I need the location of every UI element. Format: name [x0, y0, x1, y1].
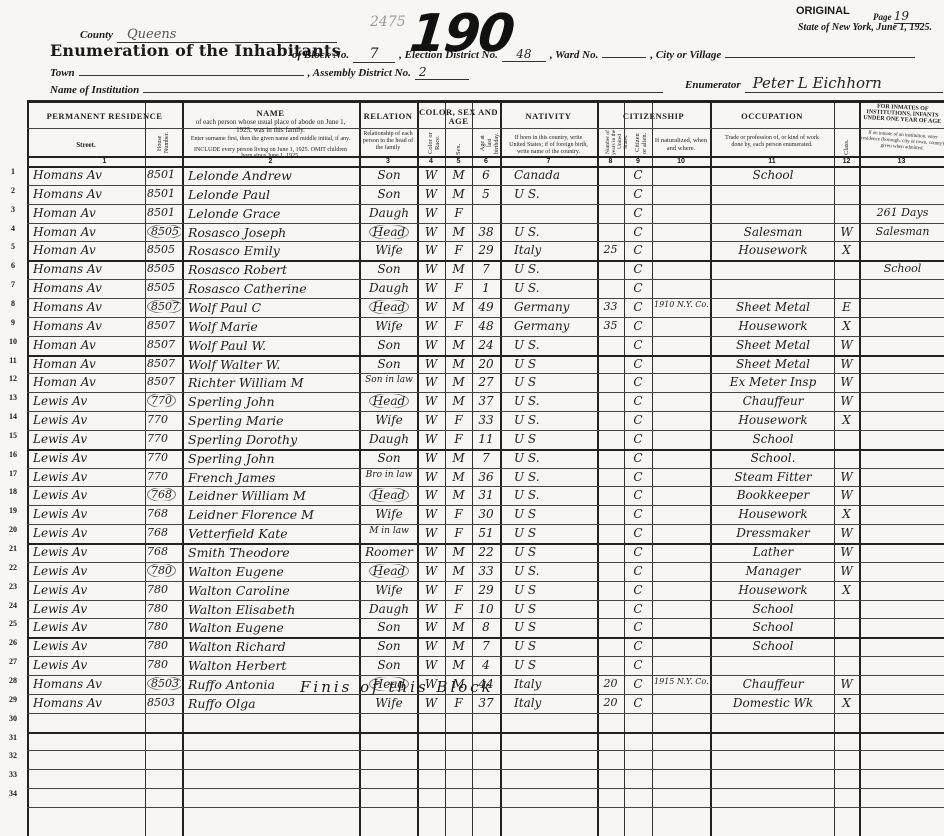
cell-nativity: U S: [514, 620, 595, 634]
cell-nativity: U S: [514, 526, 595, 540]
cell-occupation: School: [714, 168, 832, 182]
cell-sex: M: [445, 639, 472, 653]
cell-sex: F: [445, 526, 472, 540]
house-number-value: 8503: [147, 677, 181, 690]
cell-relation: Son: [363, 451, 415, 465]
cell-color: W: [417, 394, 445, 408]
cell-age: 27: [472, 375, 500, 389]
cell-relation: Daugh: [363, 602, 415, 616]
cell-class: W: [834, 338, 859, 352]
cell-house-number: 780: [147, 602, 181, 615]
relation-value: Wife: [375, 696, 403, 710]
cell-name: Rosasco Robert: [188, 262, 357, 277]
cell-relation: Wife: [363, 319, 415, 333]
row-number: 29: [4, 695, 22, 704]
cell-color: W: [417, 639, 445, 653]
column-number-4: 4: [417, 158, 445, 165]
cell-age: 33: [472, 564, 500, 578]
cell-sex: M: [445, 620, 472, 634]
cell-occupation: Sheet Metal: [714, 338, 832, 352]
cell-relation: Son: [363, 620, 415, 634]
cell-house-number: 8503: [147, 677, 181, 690]
cell-color: W: [417, 262, 445, 276]
cell-relation: Roomer: [363, 545, 415, 559]
cell-age: 24: [472, 338, 500, 352]
row-divider: [27, 298, 944, 299]
cell-citizen-alien: C: [624, 281, 652, 295]
cell-class: W: [834, 677, 859, 691]
header-naturalized: If naturalized, when and where.: [652, 137, 710, 153]
cell-class: X: [834, 319, 859, 333]
cell-relation: Son in law: [363, 375, 415, 385]
row-number: 8: [4, 299, 22, 308]
cell-sex: M: [445, 658, 472, 672]
cell-sex: F: [445, 696, 472, 710]
cell-color: W: [417, 300, 445, 314]
cell-age: 33: [472, 413, 500, 427]
cell-sex: M: [445, 357, 472, 371]
cell-nativity: U S.: [514, 338, 595, 352]
cell-occupation: School: [714, 639, 832, 653]
cell-name: Rosasco Emily: [188, 243, 357, 258]
cell-street: Homan Av: [33, 375, 143, 389]
cell-citizen-alien: C: [624, 432, 652, 446]
cell-occupation: Housework: [714, 413, 832, 427]
cell-inmate-residence: Salesman: [863, 225, 942, 238]
house-number-value: 8507: [147, 319, 175, 332]
header-occupation: OCCUPATION: [710, 112, 834, 120]
relation-value: Son: [377, 658, 400, 672]
cell-color: W: [417, 696, 445, 710]
cell-relation: Head: [363, 300, 415, 314]
column-divider: [359, 103, 361, 836]
relation-value: Son: [377, 620, 400, 634]
cell-relation: Head: [363, 488, 415, 502]
cell-sex: M: [445, 375, 472, 389]
row-number: 25: [4, 619, 22, 628]
cell-nativity: U S.: [514, 225, 595, 239]
header-inmates-desc: If an inmate of an institution, enter re…: [860, 130, 944, 154]
relation-value: Daugh: [369, 206, 409, 220]
cell-age: 30: [472, 507, 500, 521]
cell-name: Sperling John: [188, 451, 357, 466]
column-divider: [652, 103, 653, 836]
house-number-value: 770: [147, 470, 168, 483]
cell-age: 51: [472, 526, 500, 540]
town-label: Town: [50, 67, 75, 79]
cell-citizen-alien: C: [624, 602, 652, 616]
row-number: 5: [4, 242, 22, 251]
cell-years-in-us: 20: [597, 677, 624, 690]
cell-street: Homans Av: [33, 281, 143, 295]
cell-sex: F: [445, 432, 472, 446]
column-number-6: 6: [472, 158, 500, 165]
cell-relation: Son: [363, 658, 415, 672]
header-nativity-desc: If born in this country, write United St…: [506, 135, 591, 156]
house-number-value: 768: [147, 545, 168, 558]
header-permanent-residence: PERMANENT RESIDENCE: [27, 112, 182, 120]
cell-citizen-alien: C: [624, 413, 652, 427]
row-divider: [27, 486, 944, 487]
cell-house-number: 768: [147, 488, 181, 501]
cell-street: Lewis Av: [33, 620, 143, 634]
cell-nativity: U S.: [514, 187, 595, 201]
cell-color: W: [417, 488, 445, 502]
row-number: 16: [4, 450, 22, 459]
row-number: 31: [4, 733, 22, 742]
cell-citizen-alien: C: [624, 394, 652, 408]
cell-citizen-alien: C: [624, 507, 652, 521]
column-number-12: 12: [834, 158, 859, 165]
cell-house-number: 768: [147, 507, 181, 520]
row-number: 18: [4, 487, 22, 496]
row-divider: [27, 713, 944, 714]
header-house-number: House Number.: [157, 131, 171, 155]
cell-years-in-us: 20: [597, 696, 624, 709]
house-number-value: 8505: [147, 225, 181, 238]
town-assembly-row: Town , Assembly District No. 2: [50, 63, 469, 81]
cell-color: W: [417, 375, 445, 389]
cell-citizen-alien: C: [624, 696, 652, 710]
page-label: Page: [873, 12, 892, 22]
header-nativity: NATIVITY: [500, 112, 597, 120]
cell-sex: M: [445, 262, 472, 276]
assembly-district-label: , Assembly District No.: [308, 67, 411, 79]
cell-age: 29: [472, 583, 500, 597]
cell-house-number: 780: [147, 583, 181, 596]
cell-age: 37: [472, 394, 500, 408]
cell-nativity: U S.: [514, 470, 595, 484]
cell-class: X: [834, 507, 859, 521]
cell-nativity: U S: [514, 658, 595, 672]
block-label: of Block No.: [292, 49, 349, 61]
cell-relation: Wife: [363, 583, 415, 597]
cell-class: E: [834, 300, 859, 314]
cell-house-number: 768: [147, 545, 181, 558]
cell-color: W: [417, 357, 445, 371]
cell-occupation: Sheet Metal: [714, 357, 832, 371]
cell-sex: M: [445, 451, 472, 465]
ward-value: [602, 57, 646, 58]
cell-citizen-alien: C: [624, 338, 652, 352]
cell-citizen-alien: C: [624, 319, 652, 333]
row-number: 6: [4, 261, 22, 270]
cell-name: Lelonde Grace: [188, 206, 357, 221]
cell-occupation: Dressmaker: [714, 526, 832, 540]
cell-sex: M: [445, 488, 472, 502]
house-number-value: 780: [147, 639, 168, 652]
cell-class: X: [834, 243, 859, 257]
cell-street: Homans Av: [33, 300, 143, 314]
cell-nativity: U S.: [514, 281, 595, 295]
row-divider: [27, 732, 944, 734]
cell-nativity: U S.: [514, 262, 595, 276]
cell-name: Sperling Marie: [188, 413, 357, 428]
cell-occupation: Housework: [714, 319, 832, 333]
relation-value: Son: [377, 187, 400, 201]
row-number: 11: [4, 356, 22, 365]
cell-color: W: [417, 413, 445, 427]
cell-age: 1: [472, 281, 500, 295]
row-divider: [27, 788, 944, 789]
census-page: 2475 190 County Queens Enumeration of th…: [0, 0, 944, 836]
cell-name: Vetterfield Kate: [188, 526, 357, 541]
header-class: Class.: [843, 141, 850, 155]
cell-house-number: 780: [147, 639, 181, 652]
cell-years-in-us: 25: [597, 243, 624, 256]
cell-nativity: U S: [514, 639, 595, 653]
cell-house-number: 8501: [147, 206, 181, 219]
cell-inmate-residence: School: [863, 262, 942, 275]
enumerator-value: Peter L Eichhorn: [745, 74, 943, 93]
row-number: 28: [4, 676, 22, 685]
row-number: 21: [4, 544, 22, 553]
column-number-8: 8: [597, 158, 624, 165]
cell-street: Homans Av: [33, 319, 143, 333]
row-divider: [27, 373, 944, 374]
row-divider: [27, 769, 944, 770]
cell-street: Lewis Av: [33, 583, 143, 597]
row-number: 14: [4, 412, 22, 421]
house-number-value: 770: [147, 432, 168, 445]
row-number: 20: [4, 525, 22, 534]
cell-name: Sperling Dorothy: [188, 432, 357, 447]
cell-occupation: School: [714, 620, 832, 634]
cell-class: W: [834, 470, 859, 484]
cell-age: 7: [472, 639, 500, 653]
cell-color: W: [417, 526, 445, 540]
cell-nativity: U S.: [514, 451, 595, 465]
cell-name: Wolf Marie: [188, 319, 357, 334]
row-divider: [27, 524, 944, 525]
relation-value: Wife: [375, 583, 403, 597]
cell-age: 49: [472, 300, 500, 314]
row-divider: [27, 185, 944, 186]
cell-nativity: U S: [514, 507, 595, 521]
row-number: 12: [4, 374, 22, 383]
cell-sex: F: [445, 281, 472, 295]
cell-house-number: 8507: [147, 338, 181, 351]
relation-value: Daugh: [369, 602, 409, 616]
cell-relation: Wife: [363, 243, 415, 257]
block-election-ward-row: of Block No. 7 , Election District No. 4…: [292, 45, 915, 63]
column-number-11: 11: [710, 158, 834, 165]
cell-color: W: [417, 564, 445, 578]
header-sex: Sex.: [455, 143, 462, 155]
cell-citizen-alien: C: [624, 620, 652, 634]
cell-relation: Bro in law: [363, 470, 415, 480]
cell-house-number: 8507: [147, 357, 181, 370]
cell-house-number: 8505: [147, 225, 181, 238]
cell-name: Walton Elisabeth: [188, 602, 357, 617]
cell-occupation: Manager: [714, 564, 832, 578]
cell-sex: M: [445, 300, 472, 314]
city-value: [725, 57, 915, 58]
cell-color: W: [417, 620, 445, 634]
cell-name: Leidner William M: [188, 488, 357, 503]
header-years-in-us: Number of years in the United States.: [605, 129, 629, 155]
cell-street: Lewis Av: [33, 413, 143, 427]
cell-name: Wolf Paul W.: [188, 338, 357, 353]
cell-nativity: Germany: [514, 319, 595, 333]
header-name-desc1: of each person whose usual place of abod…: [192, 118, 349, 134]
cell-relation: Wife: [363, 507, 415, 521]
cell-relation: Head: [363, 394, 415, 408]
cell-name: Walton Richard: [188, 639, 357, 654]
cell-nativity: U S.: [514, 564, 595, 578]
relation-value: Son: [377, 168, 400, 182]
cell-inmate-residence: 261 Days: [863, 206, 942, 219]
cell-citizen-alien: C: [624, 470, 652, 484]
row-divider: [27, 336, 944, 337]
cell-citizen-alien: C: [624, 187, 652, 201]
cell-class: W: [834, 564, 859, 578]
cell-citizen-alien: C: [624, 488, 652, 502]
cell-age: 22: [472, 545, 500, 559]
finis-note: Finis of this Block: [300, 678, 494, 696]
row-number: 2: [4, 186, 22, 195]
assembly-district-value: 2: [415, 65, 469, 80]
row-divider: [27, 241, 944, 242]
cell-age: 20: [472, 357, 500, 371]
cell-age: 37: [472, 696, 500, 710]
cell-sex: F: [445, 243, 472, 257]
cell-street: Lewis Av: [33, 470, 143, 484]
house-number-value: 780: [147, 620, 168, 633]
cell-relation: Head: [363, 225, 415, 239]
cell-occupation: Ex Meter Insp: [714, 375, 832, 389]
cell-nativity: U S.: [514, 488, 595, 502]
cell-sex: M: [445, 564, 472, 578]
cell-sex: F: [445, 413, 472, 427]
row-number: 24: [4, 601, 22, 610]
row-divider: [27, 675, 944, 676]
cell-color: W: [417, 545, 445, 559]
cell-nativity: U S: [514, 357, 595, 371]
cell-occupation: School: [714, 602, 832, 616]
relation-value: Bro in law: [366, 470, 413, 480]
cell-sex: F: [445, 583, 472, 597]
cell-relation: Son: [363, 262, 415, 276]
cell-street: Homans Av: [33, 696, 143, 710]
cell-color: W: [417, 583, 445, 597]
relation-value: M in law: [369, 526, 409, 536]
cell-relation: Daugh: [363, 432, 415, 446]
house-number-value: 8507: [147, 300, 181, 313]
cell-occupation: Domestic Wk: [714, 696, 832, 710]
cell-color: W: [417, 451, 445, 465]
cell-name: Wolf Walter W.: [188, 357, 357, 372]
relation-value: Son in law: [365, 375, 413, 385]
cell-house-number: 8507: [147, 375, 181, 388]
house-number-value: 8505: [147, 243, 175, 256]
enumerator-field: Enumerator Peter L Eichhorn: [685, 74, 943, 93]
cell-age: 7: [472, 262, 500, 276]
cell-nativity: U S: [514, 583, 595, 597]
house-number-value: 768: [147, 488, 176, 501]
row-divider: [27, 750, 944, 751]
cell-color: W: [417, 432, 445, 446]
cell-house-number: 770: [147, 432, 181, 445]
cell-age: 48: [472, 319, 500, 333]
cell-citizen-alien: C: [624, 357, 652, 371]
column-divider: [859, 103, 861, 836]
cell-street: Lewis Av: [33, 432, 143, 446]
row-divider: [27, 505, 944, 506]
cell-citizen-alien: C: [624, 677, 652, 691]
cell-name: Sperling John: [188, 394, 357, 409]
election-district-label: , Election District No.: [399, 49, 498, 61]
row-number: 26: [4, 638, 22, 647]
cell-nativity: U S: [514, 432, 595, 446]
row-number: 1: [4, 167, 22, 176]
cell-citizen-alien: C: [624, 545, 652, 559]
cell-age: 29: [472, 243, 500, 257]
cell-street: Lewis Av: [33, 507, 143, 521]
cell-house-number: 8503: [147, 696, 181, 709]
header-citizen-alien: Citizen or alien.: [634, 131, 648, 155]
cell-color: W: [417, 187, 445, 201]
house-number-value: 8507: [147, 338, 175, 351]
relation-value: Son: [377, 338, 400, 352]
cell-relation: Son: [363, 639, 415, 653]
cell-name: Rosasco Catherine: [188, 281, 357, 296]
cell-street: Homans Av: [33, 262, 143, 276]
cell-relation: M in law: [363, 526, 415, 536]
relation-value: Son: [377, 451, 400, 465]
cell-street: Lewis Av: [33, 564, 143, 578]
cell-name: Walton Eugene: [188, 620, 357, 635]
cell-citizen-alien: C: [624, 206, 652, 220]
cell-color: W: [417, 338, 445, 352]
relation-value: Son: [377, 639, 400, 653]
header-color: Color or Race.: [427, 131, 441, 155]
cell-occupation: Lather: [714, 545, 832, 559]
cell-name: Wolf Paul C: [188, 300, 357, 315]
cell-street: Lewis Av: [33, 488, 143, 502]
cell-street: Lewis Av: [33, 394, 143, 408]
cell-citizen-alien: C: [624, 526, 652, 540]
row-divider: [27, 618, 944, 619]
cell-naturalized: 1915 N.Y. Co.: [654, 677, 709, 686]
cell-occupation: School: [714, 432, 832, 446]
row-divider: [27, 807, 944, 808]
cell-class: X: [834, 696, 859, 710]
cell-nativity: U S.: [514, 394, 595, 408]
cell-name: Leidner Florence M: [188, 507, 357, 522]
cell-color: W: [417, 602, 445, 616]
cell-house-number: 768: [147, 526, 181, 539]
cell-citizen-alien: C: [624, 583, 652, 597]
cell-color: W: [417, 281, 445, 295]
row-number: 34: [4, 789, 22, 798]
cell-street: Homan Av: [33, 206, 143, 220]
cell-street: Lewis Av: [33, 639, 143, 653]
relation-value: Roomer: [365, 545, 413, 559]
cell-class: W: [834, 394, 859, 408]
cell-street: Lewis Av: [33, 451, 143, 465]
row-divider: [27, 562, 944, 563]
cell-sex: M: [445, 338, 472, 352]
cell-sex: F: [445, 319, 472, 333]
row-divider: [27, 411, 944, 412]
cell-street: Lewis Av: [33, 526, 143, 540]
row-number: 9: [4, 318, 22, 327]
cell-nativity: Germany: [514, 300, 595, 314]
relation-value: Daugh: [369, 432, 409, 446]
cell-house-number: 8501: [147, 187, 181, 200]
row-number: 32: [4, 751, 22, 760]
